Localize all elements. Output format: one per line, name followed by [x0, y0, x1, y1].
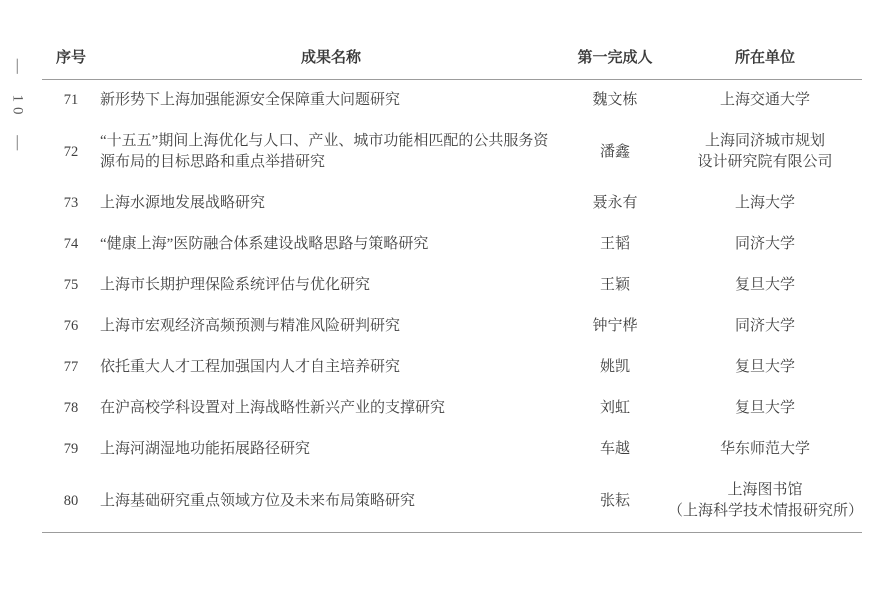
cell-name: 上海市长期护理保险系统评估与优化研究 — [100, 265, 562, 306]
cell-index: 77 — [42, 347, 100, 388]
cell-name: 上海河湖湿地功能拓展路径研究 — [100, 429, 562, 470]
cell-first-author: 潘鑫 — [562, 121, 668, 183]
cell-first-author: 钟宁桦 — [562, 306, 668, 347]
col-header-name: 成果名称 — [100, 44, 562, 80]
results-table: 序号 成果名称 第一完成人 所在单位 71 新形势下上海加强能源安全保障重大问题… — [42, 44, 862, 533]
table-row: 77 依托重大人才工程加强国内人才自主培养研究 姚凯 复旦大学 — [42, 347, 862, 388]
cell-unit: 上海同济城市规划 设计研究院有限公司 — [668, 121, 862, 183]
cell-unit: 复旦大学 — [668, 265, 862, 306]
cell-first-author: 张耘 — [562, 470, 668, 533]
cell-name: 上海基础研究重点领域方位及未来布局策略研究 — [100, 470, 562, 533]
cell-first-author: 王韬 — [562, 224, 668, 265]
table-row: 74 “健康上海”医防融合体系建设战略思路与策略研究 王韬 同济大学 — [42, 224, 862, 265]
table-row: 72 “十五五”期间上海优化与人口、产业、城市功能相匹配的公共服务资 源布局的目… — [42, 121, 862, 183]
table-row: 80 上海基础研究重点领域方位及未来布局策略研究 张耘 上海图书馆 （上海科学技… — [42, 470, 862, 533]
col-header-first-author: 第一完成人 — [562, 44, 668, 80]
col-header-index: 序号 — [42, 44, 100, 80]
cell-index: 74 — [42, 224, 100, 265]
table-row: 75 上海市长期护理保险系统评估与优化研究 王颖 复旦大学 — [42, 265, 862, 306]
cell-name: 上海水源地发展战略研究 — [100, 183, 562, 224]
cell-first-author: 姚凯 — [562, 347, 668, 388]
cell-index: 79 — [42, 429, 100, 470]
cell-first-author: 聂永有 — [562, 183, 668, 224]
cell-first-author: 车越 — [562, 429, 668, 470]
cell-index: 75 — [42, 265, 100, 306]
cell-index: 80 — [42, 470, 100, 533]
cell-unit: 上海图书馆 （上海科学技术情报研究所） — [668, 470, 862, 533]
cell-name: 依托重大人才工程加强国内人才自主培养研究 — [100, 347, 562, 388]
cell-unit: 华东师范大学 — [668, 429, 862, 470]
cell-unit: 上海大学 — [668, 183, 862, 224]
table-row: 79 上海河湖湿地功能拓展路径研究 车越 华东师范大学 — [42, 429, 862, 470]
col-header-unit: 所在单位 — [668, 44, 862, 80]
cell-first-author: 刘虹 — [562, 388, 668, 429]
results-table-header: 序号 成果名称 第一完成人 所在单位 — [42, 44, 862, 80]
cell-unit: 复旦大学 — [668, 388, 862, 429]
cell-name: 上海市宏观经济高频预测与精准风险研判研究 — [100, 306, 562, 347]
document-page: — 10 — 序号 成果名称 第一完成人 所在单位 71 新形势下上海加强能源安… — [0, 0, 880, 595]
cell-index: 76 — [42, 306, 100, 347]
cell-unit: 同济大学 — [668, 224, 862, 265]
table-row: 71 新形势下上海加强能源安全保障重大问题研究 魏文栋 上海交通大学 — [42, 80, 862, 122]
cell-index: 78 — [42, 388, 100, 429]
results-table-body: 71 新形势下上海加强能源安全保障重大问题研究 魏文栋 上海交通大学 72 “十… — [42, 80, 862, 533]
cell-name: 在沪高校学科设置对上海战略性新兴产业的支撑研究 — [100, 388, 562, 429]
cell-index: 73 — [42, 183, 100, 224]
header-row: 序号 成果名称 第一完成人 所在单位 — [42, 44, 862, 80]
table-row: 76 上海市宏观经济高频预测与精准风险研判研究 钟宁桦 同济大学 — [42, 306, 862, 347]
cell-unit: 上海交通大学 — [668, 80, 862, 122]
cell-name: 新形势下上海加强能源安全保障重大问题研究 — [100, 80, 562, 122]
cell-index: 72 — [42, 121, 100, 183]
cell-name: “十五五”期间上海优化与人口、产业、城市功能相匹配的公共服务资 源布局的目标思路… — [100, 121, 562, 183]
table-row: 73 上海水源地发展战略研究 聂永有 上海大学 — [42, 183, 862, 224]
cell-unit: 复旦大学 — [668, 347, 862, 388]
cell-index: 71 — [42, 80, 100, 122]
table-row: 78 在沪高校学科设置对上海战略性新兴产业的支撑研究 刘虹 复旦大学 — [42, 388, 862, 429]
page-number: — 10 — — [9, 59, 26, 156]
cell-first-author: 魏文栋 — [562, 80, 668, 122]
cell-unit: 同济大学 — [668, 306, 862, 347]
cell-name: “健康上海”医防融合体系建设战略思路与策略研究 — [100, 224, 562, 265]
cell-first-author: 王颖 — [562, 265, 668, 306]
